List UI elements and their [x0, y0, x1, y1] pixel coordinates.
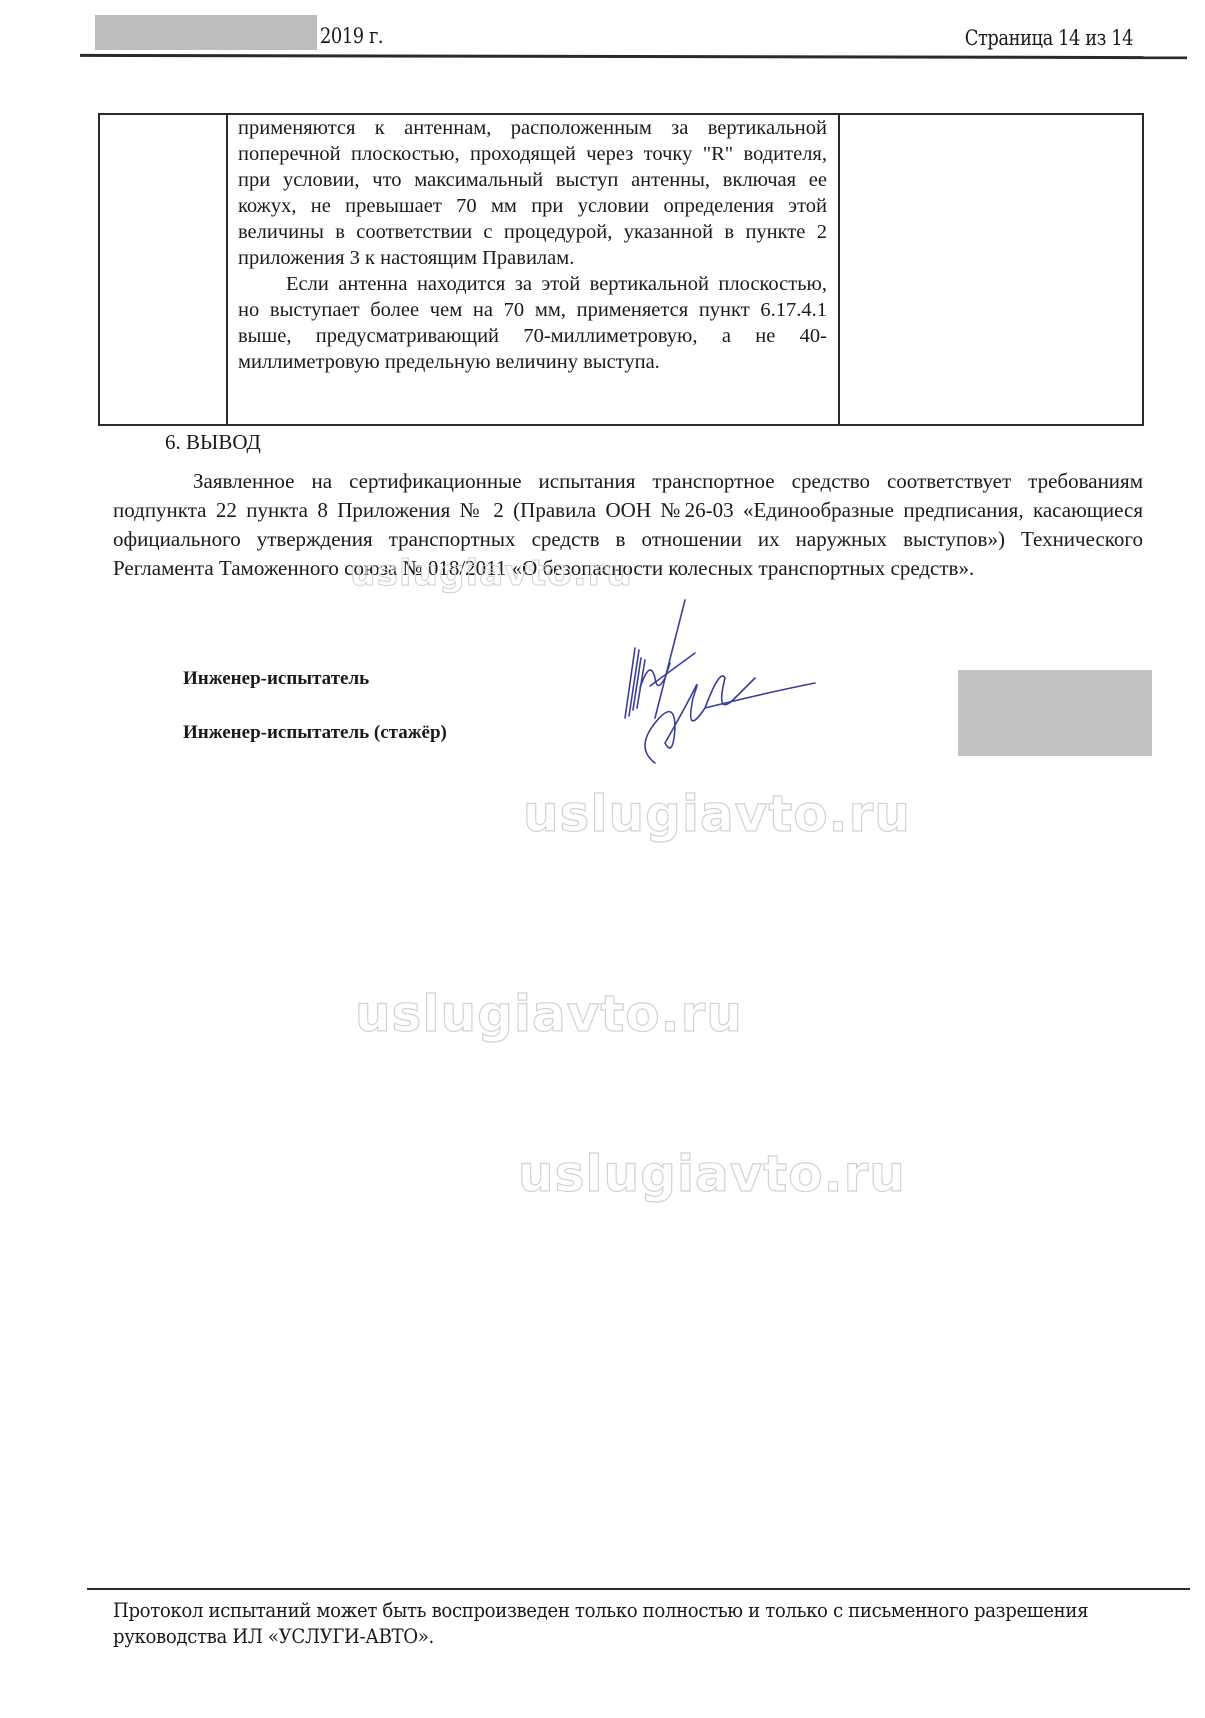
requirement-paragraph: Если антенна находится за этой вертикаль…: [238, 271, 827, 375]
watermark: uslugiavto.ru: [523, 785, 911, 843]
requirement-paragraph: применяются к антеннам, расположенным за…: [238, 115, 827, 271]
table-column-divider: [838, 115, 840, 424]
requirements-table: применяются к антеннам, расположенным за…: [98, 113, 1144, 426]
footer-notice: Протокол испытаний может быть воспроизве…: [113, 1598, 1108, 1650]
page-number: Страница 14 из 14: [965, 26, 1133, 50]
section-title: 6. ВЫВОД: [165, 430, 261, 455]
redacted-date-block: [95, 15, 317, 50]
redacted-name-block: [958, 670, 1152, 756]
header-date: 2019 г.: [320, 24, 383, 48]
watermark: uslugiavto.ru: [518, 1145, 906, 1203]
footer-divider: [87, 1588, 1190, 1590]
watermark: uslugiavto.ru: [350, 553, 633, 594]
watermark: uslugiavto.ru: [355, 985, 743, 1043]
signature-role-trainee: Инженер-испытатель (стажёр): [183, 722, 447, 744]
handwritten-signature-icon: [595, 598, 835, 778]
table-column-divider: [226, 115, 228, 424]
header-divider: [80, 54, 1187, 59]
signature-role-engineer: Инженер-испытатель: [183, 668, 369, 690]
table-cell-requirement: применяются к антеннам, расположенным за…: [238, 115, 827, 375]
